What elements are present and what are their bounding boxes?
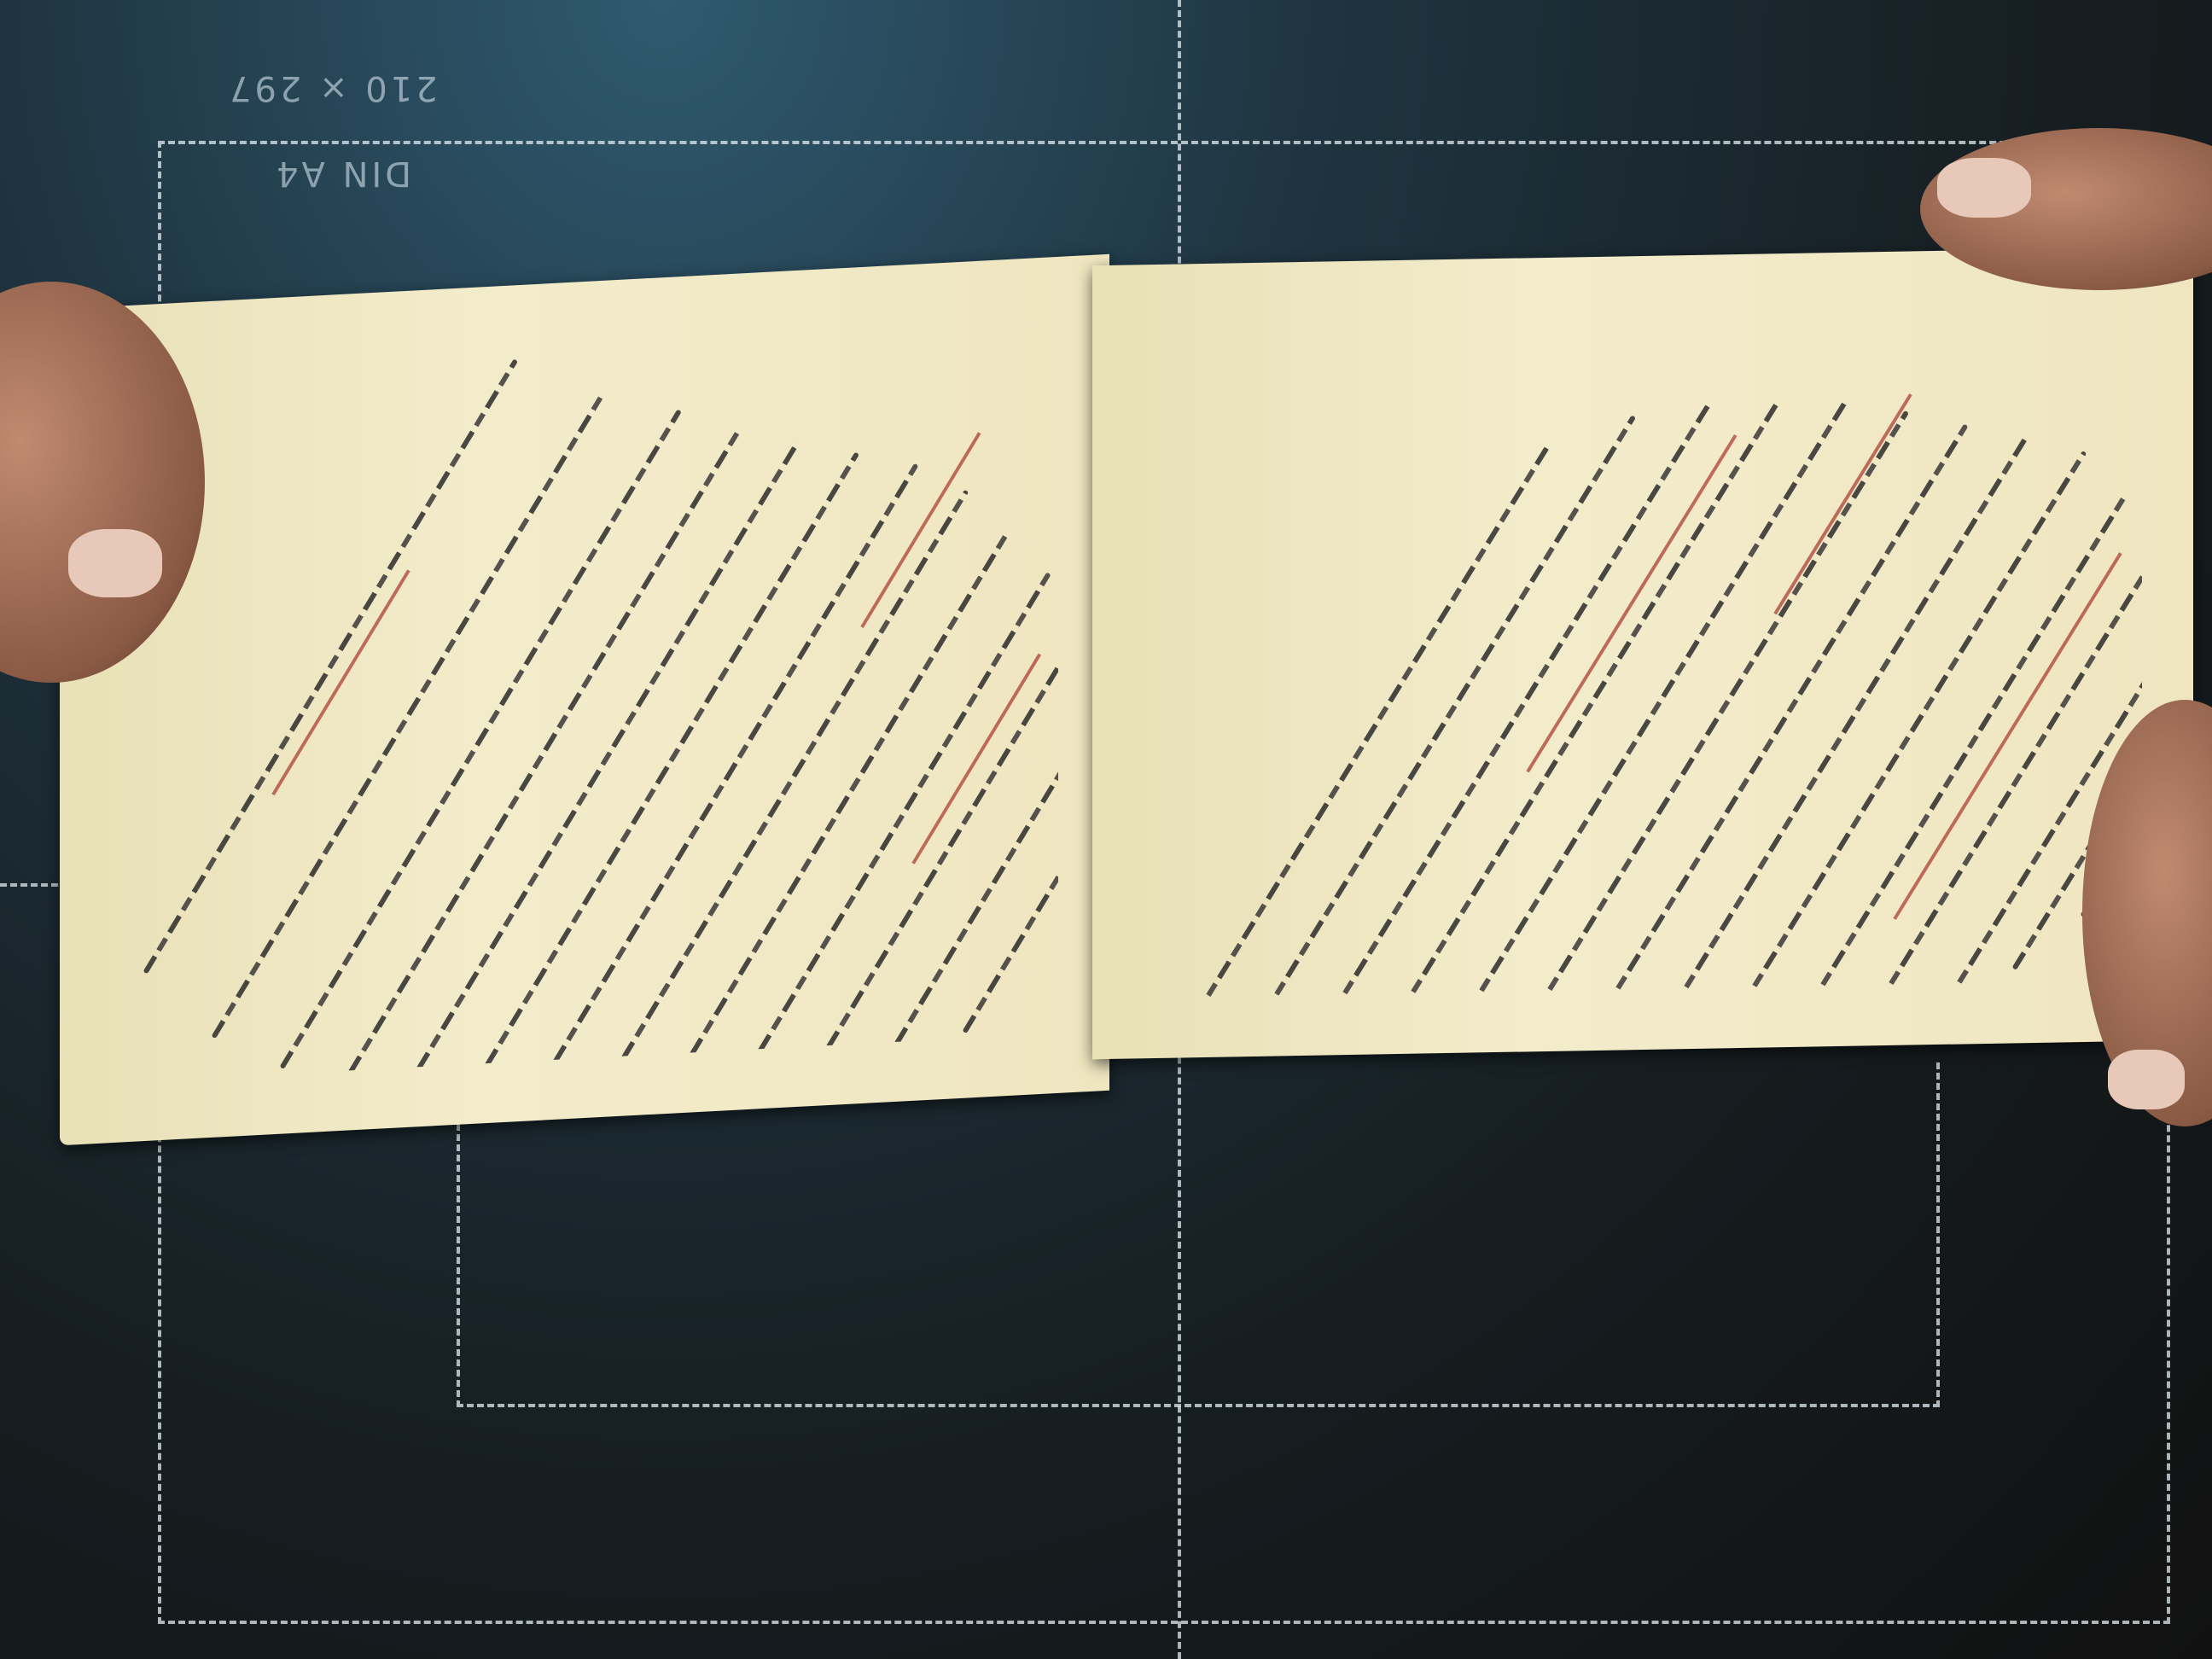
guide-inner xyxy=(457,1062,1940,1407)
right-page-text xyxy=(1144,316,2142,998)
mat-label-size: 210 × 297 xyxy=(226,68,438,108)
right-thumbnail xyxy=(1937,158,2031,218)
left-page xyxy=(60,254,1109,1145)
left-page-text xyxy=(111,325,1058,1083)
right-fingernail xyxy=(2108,1050,2185,1109)
left-thumbnail xyxy=(68,529,162,597)
right-page xyxy=(1092,247,2193,1060)
mat-label-din: DIN A4 xyxy=(273,154,411,193)
